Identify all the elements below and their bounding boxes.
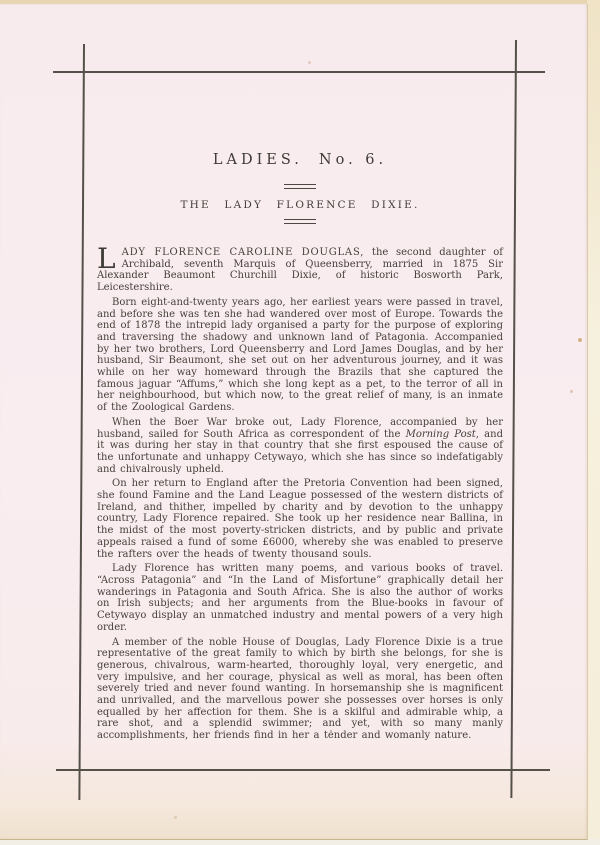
lead-in-caps: ADY FLORENCE CAROLINE DOUGLAS, [122,247,365,258]
paragraph-writings: Lady Florence has written many poems, an… [97,563,503,633]
drop-cap-letter: L [97,248,116,270]
paragraph-character: A member of the noble House of Douglas, … [97,637,503,742]
scanned-document: { "page": { "header": { "series_title": … [0,0,600,845]
foxing-spot [570,390,573,393]
series-number: No. 6. [319,152,387,168]
frame-rule-left [78,44,85,800]
frame-rule-bottom [56,769,550,771]
series-title: LADIES. [213,152,303,168]
foxing-spot [308,61,311,64]
subject-title: THE LADY FLORENCE DIXIE. [97,199,503,211]
double-rule-divider [284,219,316,224]
foxing-spot [174,816,177,819]
paragraph-intro: LADY FLORENCE CAROLINE DOUGLAS, the seco… [97,247,503,294]
double-rule-divider [284,184,316,189]
foxing-spot [578,338,582,342]
publication-name: Morning Post [406,429,476,440]
paper-sheet: LADIES.No. 6. THE LADY FLORENCE DIXIE. L… [0,4,588,840]
paragraph-ireland: On her return to England after the Preto… [97,478,503,560]
paragraph-boer-war: When the Boer War broke out, Lady Floren… [97,417,503,476]
scan-edge-right [587,0,600,845]
frame-rule-top [53,71,545,73]
article-body: LADY FLORENCE CAROLINE DOUGLAS, the seco… [97,247,503,742]
series-heading: LADIES.No. 6. [97,152,503,168]
paragraph-early-years: Born eight-and-twenty years ago, her ear… [97,297,503,414]
frame-rule-right [510,40,517,798]
printed-column: LADIES.No. 6. THE LADY FLORENCE DIXIE. L… [97,152,503,745]
